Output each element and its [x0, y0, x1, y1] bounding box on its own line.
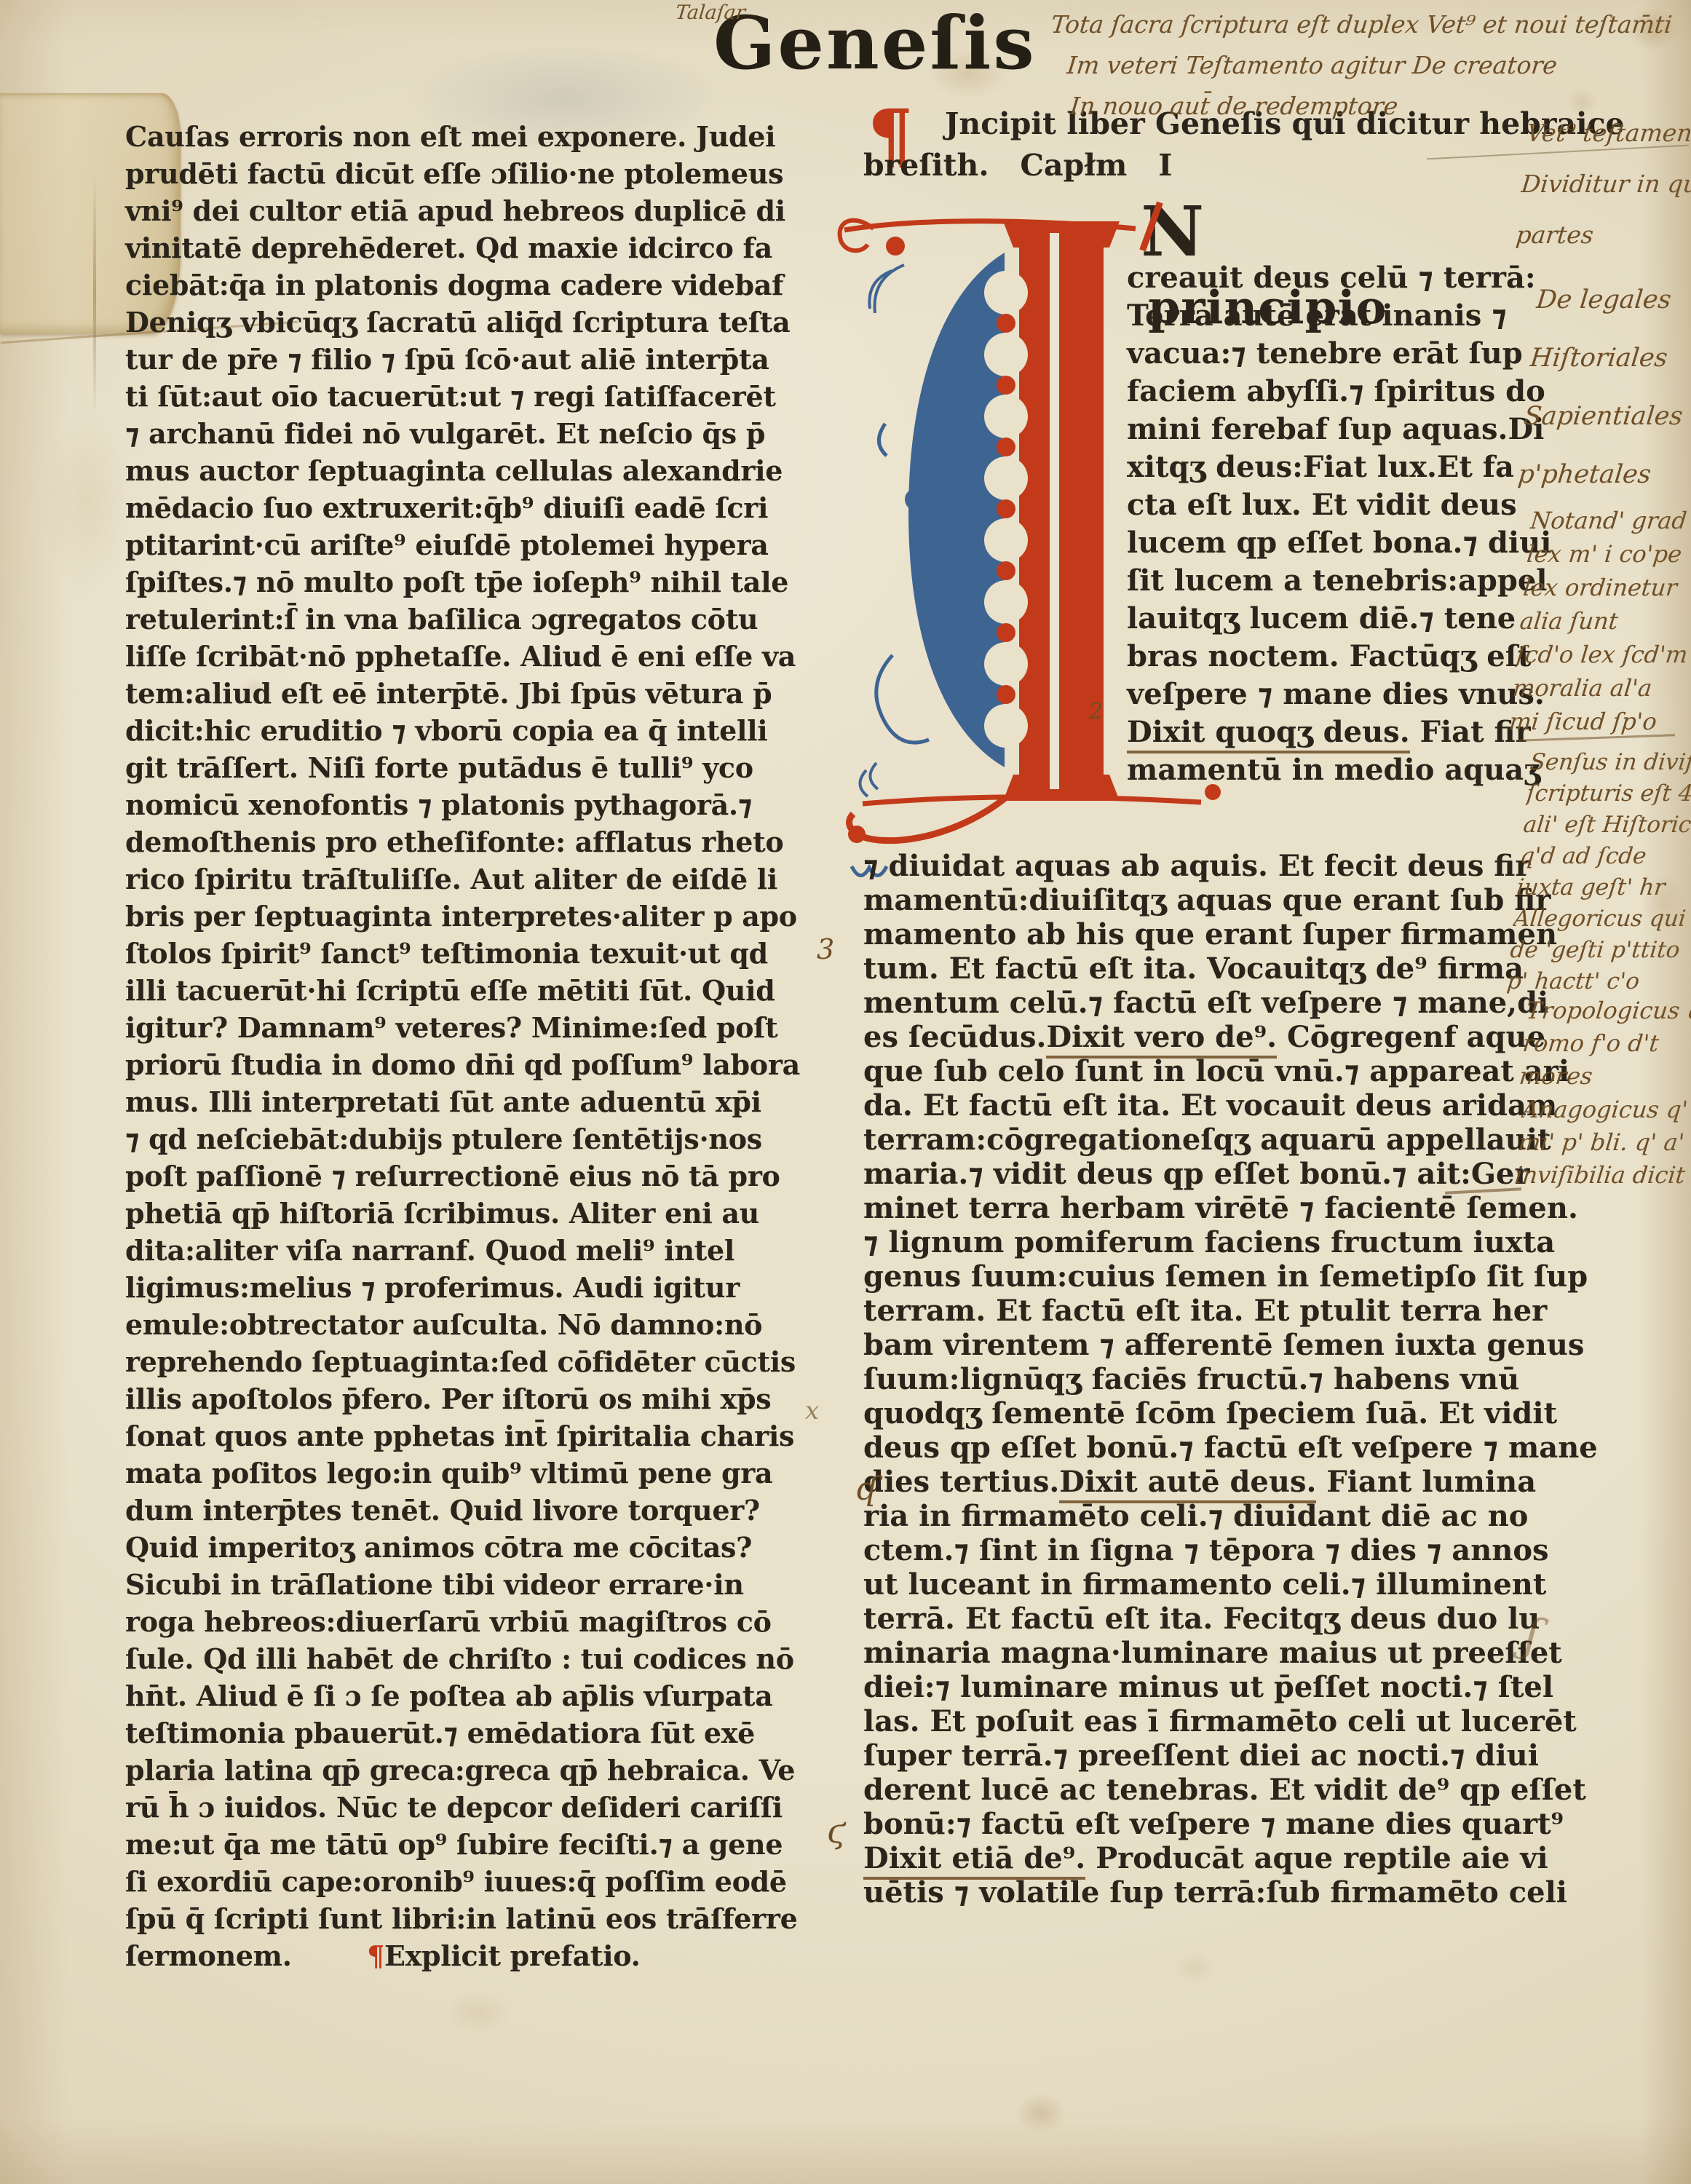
text-line: tem:aliud eſt eē interp̄tē. Jbi ſpūs vēt…	[125, 675, 825, 712]
margin-note-line: ali' eſt Hiſtoricus	[1522, 810, 1691, 841]
text-line: reprehendo ſeptuaginta:ſed cōfidēter cūc…	[125, 1343, 825, 1380]
margin-note-block: Vet⁹ teſtamentūDividitur in quatuorparte…	[1513, 108, 1691, 261]
text-line: Dixit quoqʒ deus. Fiat fir	[1127, 713, 1521, 751]
margin-note-line: de 'geſti p'ttito	[1508, 935, 1684, 966]
text-line: tum. Et factū eſt ita. Vocauitqʒ de⁹ fir…	[863, 951, 1521, 986]
margin-note-line: Senſus in diviſo	[1529, 747, 1691, 778]
margin-note-line: inviſibilia dicit	[1513, 1159, 1690, 1192]
text-line: Dixit etiā de⁹. Producāt aque reptile ai…	[863, 1841, 1521, 1875]
handwritten-line: Tota ſacra ſcriptura eſt duplex Vet⁹ et …	[1049, 4, 1691, 45]
text-line: ⁊ qd neſciebāt:dubijs ptulere ſentētijs·…	[125, 1120, 825, 1158]
text-line: vacua:⁊ tenebre erāt ſup	[1127, 335, 1521, 373]
text-line: ſpiſtes.⁊ nō multo poſt tp̄e ioſeph⁹ nih…	[125, 563, 825, 601]
handwritten-mark: 2	[1089, 699, 1103, 724]
text-line: quodqʒ ſementē ſcōm ſpeciem ſuā. Et vidi…	[863, 1396, 1521, 1431]
margin-note-block: De legalesHiſtorialesSapientialesp'pheta…	[1515, 271, 1691, 504]
text-line: poſt paſſionē ⁊ reſurrectionē eius nō tā…	[125, 1158, 825, 1195]
text-line: hn̄t. Aliud ē ſi ɔ ſe poſtea ab ap̄lis v…	[125, 1677, 825, 1714]
text-line: cta eſt lux. Et vidit deus	[1127, 486, 1521, 524]
text-line: ſule. Qd illi habēt de chriſto : tui cod…	[125, 1640, 825, 1677]
text-line: diei:⁊ luminare minus ut p̄eſſet nocti.⁊…	[863, 1670, 1521, 1704]
text-line: creauit deus celū ⁊ terrā:	[1127, 259, 1521, 297]
text-line: mini ferebaf ſup aquas.Di	[1127, 411, 1521, 448]
text-line: ſuper terrā.⁊ preeſſent diei ac nocti.⁊ …	[863, 1738, 1521, 1773]
text-line: Sicubi in trāſlatione tibi videor errare…	[125, 1566, 825, 1603]
text-line: ti ſūt:aut oīo tacuerūt:ut ⁊ regi ſatiſf…	[125, 378, 825, 415]
margin-note-line: alia ſunt	[1518, 604, 1691, 638]
text-line: ut luceant in firmamento celi.⁊ illumine…	[863, 1567, 1521, 1602]
text-line: mamentū in medio aquaʒ	[1127, 751, 1521, 789]
text-line: ⁊ lignum pomiferum faciens fructum iuxta	[863, 1225, 1521, 1259]
text-line: las. Et poſuit eas ī firmamēto celi ut l…	[863, 1704, 1521, 1738]
text-line: minaria magna·luminare maius ut preeſſet	[863, 1636, 1521, 1670]
text-line: ⁊ archanū fidei nō vulgarēt. Et neſcio q…	[125, 415, 825, 452]
text-line: emule:obtrectator auſculta. Nō damno:nō	[125, 1306, 825, 1343]
text-line: ſpū q̄ ſcripti ſunt libri:in latinū eos …	[125, 1900, 825, 1937]
text-line: terram. Et factū eſt ita. Et ptulit terr…	[863, 1294, 1521, 1328]
text-line: roga hebreos:diuerſarū vrbiū magiſtros c…	[125, 1603, 825, 1640]
margin-note-line: romo f'o d't	[1521, 1027, 1691, 1060]
text-line: que ſub celo ſunt in locū vnū.⁊ appareat…	[863, 1054, 1521, 1088]
text-line: plaria latina qp̄ greca:greca qp̄ hebrai…	[125, 1752, 825, 1789]
margin-note-line: De legales	[1533, 271, 1691, 329]
text-line: xitqʒ deus:Fiat lux.Et fa	[1127, 448, 1521, 486]
margin-note-line: Hiſtoriales	[1527, 329, 1691, 387]
text-line: ctem.⁊ ſint in ſigna ⁊ tēpora ⁊ dies ⁊ a…	[863, 1533, 1521, 1567]
margin-note-block: Anagogicus q' a'mi' p' bli. q' a'inviſib…	[1513, 1093, 1691, 1192]
stain	[1015, 2093, 1066, 2133]
margin-note-line: moralia al'a	[1511, 671, 1687, 705]
margin-note-line: p' hactt' c'o	[1505, 966, 1682, 997]
margin-note-line: Allegoricus qui eſt q'a	[1512, 903, 1688, 935]
margin-note-line: Sapientiales	[1521, 387, 1691, 446]
margin-note-line: Tropologicus q'	[1524, 994, 1691, 1027]
text-line: da. Et factū eſt ita. Et vocauit deus ar…	[863, 1088, 1521, 1123]
margin-note-line: ſcd'o lex ſcd'm	[1515, 638, 1691, 671]
text-line: maria.⁊ vidit deus qp eſſet bonū.⁊ ait:G…	[863, 1157, 1521, 1191]
margin-note-line: lex ordinetur	[1521, 571, 1691, 604]
text-line: tur de pr̄e ⁊ filio ⁊ ſpū ſcō·aut aliē i…	[125, 341, 825, 378]
text-line: git trāſſert. Niſi forte putādus ē tulli…	[125, 749, 825, 786]
text-line: bras noctem. Factūqʒ eſt	[1127, 638, 1521, 676]
text-line: rico ſpiritu trāſtuliſſe. Aut aliter de …	[125, 860, 825, 898]
heading-line: breſith. Capłm I	[863, 145, 1518, 186]
text-line: Quid imperitoʒ animos cōtra me cōcitas?	[125, 1529, 825, 1566]
text-line: mēdacio ſuo extruxerit:q̄b⁹ diuiſi eadē …	[125, 489, 825, 526]
handwritten-note-above-title: Talaſar	[674, 1, 746, 24]
text-line: dita:aliter viſa narranf. Quod meli⁹ int…	[125, 1232, 825, 1269]
text-line: uētis ⁊ volatile ſup terrā:ſub firmamēto…	[863, 1875, 1521, 1910]
margin-note-line: lex m' i co'pe	[1525, 537, 1691, 571]
margin-note-line: p'phetales	[1515, 446, 1691, 504]
text-line: derent lucē ac tenebras. Et vidit de⁹ qp…	[863, 1773, 1521, 1807]
text-line: ſtolos ſpirit⁹ ſanct⁹ teſtimonia texuit·…	[125, 935, 825, 972]
text-line: ria in firmamēto celi.⁊ diuidant diē ac …	[863, 1499, 1521, 1533]
incunabulum-page: Talaſar Geneſis Tota ſacra ſcriptura eſt…	[0, 0, 1691, 2184]
text-line: igitur? Damnam⁹ veteres? Minime:ſed poſt	[125, 1009, 825, 1046]
text-line: illis apoſtolos p̄fero. Per iſtorū os mi…	[125, 1380, 825, 1417]
margin-note-block: Notand' gradlex m' i co'pelex ordinetura…	[1508, 504, 1691, 738]
text-line: bris per ſeptuaginta interpretes·aliter …	[125, 898, 825, 935]
margin-note-line: Vet⁹ teſtamentū	[1524, 108, 1691, 159]
text-line: ⁊ diuidat aquas ab aquis. Et fecit deus …	[863, 849, 1521, 883]
text-line: Deniqʒ vbicūqʒ ſacratū aliq̄d ſcriptura …	[125, 304, 825, 341]
stain	[445, 1991, 511, 2035]
text-line: retulerint:ſ̄ in vna baſilica ɔgregatos …	[125, 601, 825, 638]
right-column-indent: creauit deus celū ⁊ terrā:Terra autē era…	[1127, 259, 1521, 789]
text-line: ſuum:lignūqʒ faciēs fructū.⁊ habens vnū	[863, 1362, 1521, 1396]
margin-note-line: ſcripturis eſt 4	[1525, 778, 1691, 810]
text-line: genus ſuum:cuius ſemen in ſemetipſo ſit …	[863, 1259, 1521, 1294]
margin-note-block: Senſus in diviſoſcripturis eſt 4ali' eſt…	[1505, 747, 1691, 997]
text-line: dum interp̄tes tenēt. Quid livore torque…	[125, 1492, 825, 1529]
text-line: priorū ſtudia in domo dn̄i qd poſſum⁹ la…	[125, 1046, 825, 1083]
text-line: minet terra herbam virētē ⁊ facientē ſem…	[863, 1191, 1521, 1225]
handwritten-mark: x	[805, 1396, 819, 1425]
text-line: mus auctor ſeptuaginta cellulas alexandr…	[125, 452, 825, 489]
text-line: prudēti factū dicūt eſſe ɔſilio·ne ptole…	[125, 155, 825, 192]
text-line: mentum celū.⁊ factū eſt veſpere ⁊ mane,d…	[863, 986, 1521, 1020]
margin-note-line: Anagogicus q' a'	[1520, 1093, 1691, 1126]
text-line: ligimus:melius ⁊ proferimus. Audi igitur	[125, 1269, 825, 1306]
handwritten-mark: ʠ	[856, 1471, 878, 1508]
text-line: terram:cōgregationeſqʒ aquarū appellauit	[863, 1123, 1521, 1157]
text-line: bam virentem ⁊ afferentē ſemen iuxta gen…	[863, 1328, 1521, 1362]
text-line: bonū:⁊ factū eſt veſpere ⁊ mane dies qua…	[863, 1807, 1521, 1841]
handwritten-line: Im veteri Teſtamento agitur De creatore	[1065, 45, 1691, 86]
text-line: veſpere ⁊ mane dies vnus.	[1127, 676, 1521, 713]
text-line: mus. Illi interpretati ſūt ante aduentū …	[125, 1083, 825, 1120]
text-line: ciebāt:q̄a in platonis dogma cadere vide…	[125, 266, 825, 304]
margin-note-line: mores	[1518, 1060, 1691, 1093]
text-line: terrā. Et factū eſt ita. Fecitqʒ deus du…	[863, 1602, 1521, 1636]
handwritten-mark: 3	[817, 933, 834, 965]
text-line: ſonat quos ante pphetas int̄ ſpiritalia …	[125, 1417, 825, 1455]
text-line: vinitatē deprehēderet. Qd maxie idcirco …	[125, 229, 825, 266]
margin-note-line: mi' p' bli. q' a'	[1517, 1126, 1691, 1159]
text-line: rū h̄ ɔ iuidos. Nūc te depcor deſideri c…	[125, 1789, 825, 1826]
crease-line	[93, 175, 96, 415]
text-line: phetiā qp̄ hiſtoriā ſcribimus. Aliter en…	[125, 1195, 825, 1232]
left-column-preface: Cauſas erroris non eſt mei exponere. Jud…	[125, 118, 825, 1974]
text-line: vni⁹ dei cultor etiā apud hebreos duplic…	[125, 192, 825, 229]
text-line: deus qp eſſet bonū.⁊ factū eſt veſpere ⁊…	[863, 1431, 1521, 1465]
text-line: ptitarint·cū ariſte⁹ eiuſdē ptolemei hyp…	[125, 526, 825, 563]
text-line: dicit:hic eruditio ⁊ vborū copia ea q̄ i…	[125, 712, 825, 749]
text-line: dies tertius.Dixit autē deus. Fiant lumi…	[863, 1465, 1521, 1499]
margin-note-line: iuxta geſt' hr	[1515, 872, 1691, 903]
text-line: Cauſas erroris non eſt mei exponere. Jud…	[125, 118, 825, 155]
handwritten-mark: ϛ	[827, 1811, 846, 1851]
right-column-full: ⁊ diuidat aquas ab aquis. Et fecit deus …	[863, 849, 1521, 1910]
text-line: faciem abyſſi.⁊ ſpiritus do	[1127, 373, 1521, 411]
page-title: Geneſis	[713, 0, 1037, 86]
text-line: me:ut q̄a me tātū op⁹ ſubire feciſti.⁊ a…	[125, 1826, 825, 1863]
text-line: Terra autē erat inanis ⁊	[1127, 297, 1521, 335]
text-line: es ſecūdus.Dixit vero de⁹. Cōgregenf aqu…	[863, 1020, 1521, 1054]
stain	[44, 408, 131, 597]
margin-note-line: Notand' grad	[1529, 504, 1691, 537]
text-line: mamentū:diuiſitqʒ aquas que erant ſub fi…	[863, 883, 1521, 917]
text-line: lucem qp eſſet bona.⁊ diui	[1127, 524, 1521, 562]
text-line: teſtimonia pbauerūt.⁊ emēdatiora ſūt exē	[125, 1714, 825, 1752]
margin-note-line: Dividitur in quatuor	[1518, 159, 1691, 210]
stain	[1173, 1951, 1217, 1985]
margin-note-line: mi ſicud ſp'o	[1508, 705, 1684, 738]
text-line: nomicū xenofontis ⁊ platonis pythagorā.⁊	[125, 786, 825, 823]
text-line: liſſe ſcribāt·nō pphetaſſe. Aliud ē eni …	[125, 638, 825, 675]
text-line: mata poſitos lego:in quib⁹ vltimū pene g…	[125, 1455, 825, 1492]
text-line: mamento ab his que erant ſuper firmamen	[863, 917, 1521, 951]
text-line: illi tacuerūt·hi ſcriptū eſſe mētiti ſūt…	[125, 972, 825, 1009]
text-line: ſi exordiū cape:oronib⁹ iuues:q̄ poſſim …	[125, 1863, 825, 1900]
text-line: demoſthenis pro etheſifonte: afflatus rh…	[125, 823, 825, 860]
text-line: ſermonem. ¶Explicit prefatio.	[125, 1937, 825, 1974]
text-line: ſit lucem a tenebris:appel	[1127, 562, 1521, 600]
margin-note-line: q'd ad ſcde	[1518, 841, 1691, 872]
text-line: lauitqʒ lucem diē.⁊ tene	[1127, 600, 1521, 638]
margin-note-line: partes	[1513, 210, 1691, 261]
margin-note-block: Tropologicus q'romo f'o d'tmores	[1518, 994, 1691, 1093]
